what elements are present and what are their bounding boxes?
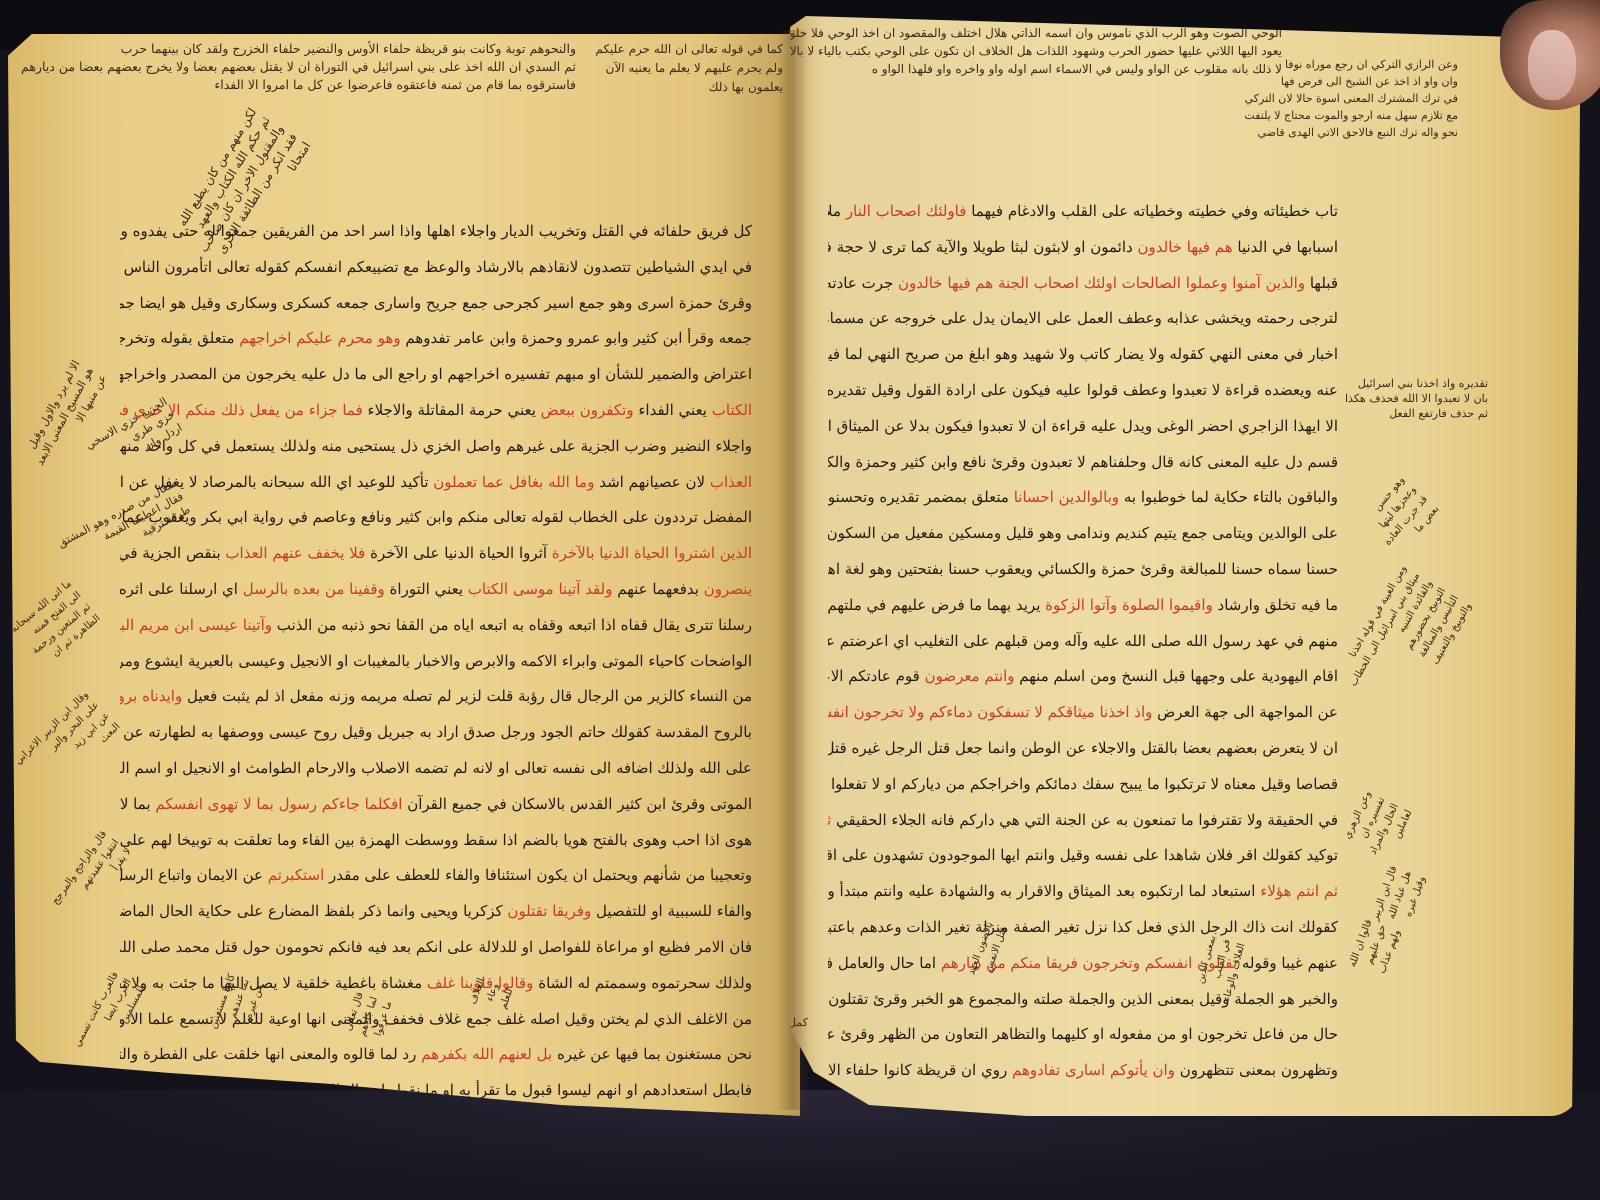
text-run: منهم في عهد رسول الله صلى الله عليه وآله… (828, 632, 1338, 650)
right-main-text: تاب خطيئاته وفي خطيته وخطياته على القلب … (828, 194, 1338, 1089)
text-line: فان الامر فظيع او مراعاة للفواصل او للدل… (120, 930, 752, 966)
text-line: رسلنا تترى يقال قفاه اذا اتبعه وقفاه به … (120, 608, 752, 644)
text-line: عن المواجهة الى جهة العرض واذ اخذنا ميثا… (828, 695, 1338, 731)
text-run: استبعاد لما ارتكبوه بعد الميثاق والاقرار… (828, 882, 1260, 900)
text-line: ولذلك سحرتموه وسممتم له الشاة وقالوا قلو… (120, 966, 752, 1002)
text-line: قسم دل عليه المعنى كانه قال وحلفناهم لا … (828, 445, 1338, 481)
text-run: بدفعهما عنهم (612, 580, 703, 598)
text-run: عن المواجهة الى جهة العرض (1152, 703, 1338, 721)
text-run: قوم عادتكم الاعراض عن الوفاء والطاعة واص… (828, 667, 925, 685)
text-line: نحن مستغنون بما فيها عن غيره بل لعنهم ال… (120, 1037, 752, 1073)
text-line: اخبار في معنى النهي كقوله ولا يضار كاتب … (828, 337, 1338, 373)
text-run: قسم دل عليه المعنى كانه قال وحلفناهم لا … (828, 453, 1338, 471)
left-top-gloss: والنحوهم توبة وكانت بنو قريظة حلفاء الأو… (16, 40, 576, 94)
rubric-phrase: الذين اشتروا الحياة الدنيا بالآخرة (552, 544, 752, 562)
rubric-phrase: وهو محرم عليكم اخراجهم (239, 329, 400, 347)
text-line: بالروح المقدسة كقولك حاتم الجود ورجل صدق… (120, 715, 752, 751)
right-top-right-gloss: وعن الرازي التركي ان رجع موراه نوفاوان و… (1278, 56, 1458, 141)
right-page: الوحي الصوت وهو الرب الذي ناموس وان اسمه… (790, 16, 1580, 1116)
text-run: مغشاة باغطية خلقية لا يصل اليها ما جئت ب… (120, 974, 427, 992)
rubric-phrase: العذاب (710, 473, 752, 491)
text-line: حسنا سماه حسنا للمبالغة وقرئ حمزة والكسا… (828, 552, 1338, 588)
text-run: رد لما قالوه والمعنى انها خلقت على الفطر… (120, 1045, 421, 1063)
text-run: على الله ولذلك اضافه الى نفسه تعالى او ل… (120, 759, 752, 777)
text-line: عنهم غيبا وقوله تقتلون انفسكم وتخرجون فر… (828, 946, 1338, 982)
rubric-phrase: وما الله بغافل عما تعملون (433, 473, 594, 491)
text-run: وتظهرون بمعنى تتظهرون (1175, 1061, 1338, 1079)
text-line: ينصرون بدفعهما عنهم ولقد آتينا موسى الكت… (120, 572, 752, 608)
text-run: لان عصيانهم اشد (594, 473, 709, 491)
gloss-line: وعن الرازي التركي ان رجع موراه نوفا (1278, 56, 1458, 73)
rubric-phrase: هم فيها خالدون (1137, 238, 1232, 256)
rubric-phrase: وفريقا تقتلون (507, 902, 591, 920)
text-line: جمعه وقرأ ابن كثير وابو عمرو وحمزة وابن … (120, 321, 752, 357)
text-run: عنهم غيبا وقوله (1237, 954, 1338, 972)
text-run: فان الامر فظيع او مراعاة للفواصل او للدل… (120, 938, 752, 956)
thumbnail (1528, 30, 1576, 100)
left-top-right-gloss: كما في قوله تعالى ان الله حرم عليكمولم ي… (593, 40, 783, 97)
text-line: ما فيه تخلق وارشاد واقيموا الصلوة وآتوا … (828, 588, 1338, 624)
text-run: كقولك انت ذاك الرجل الذي فعل كذا نزل تغي… (828, 918, 1338, 936)
text-line: والفاء للسببية او للتفصيل وفريقا تقتلون … (120, 894, 752, 930)
gloss-line: تقديره واذ اخذنا بني اسرائيل (1345, 376, 1488, 391)
text-run: اعتراض والضمير للشأن او مبهم تفسيره اخرا… (120, 365, 752, 383)
text-run: بنقص الجزية في الدنيا والتعذيب في الآخرة (120, 544, 225, 562)
text-line: كقولك انت ذاك الرجل الذي فعل كذا نزل تغي… (828, 910, 1338, 946)
book-gutter (778, 30, 808, 1110)
text-run: توكيد كقولك اقر فلان شاهدا على نفسه وقيل… (828, 846, 1338, 864)
rubric-phrase: فاولئك اصحاب النار (846, 202, 967, 220)
text-line: والباقون بالتاء حكاية لما خوطبوا به وبال… (828, 480, 1338, 516)
text-line: الموتى وقرئ ابن كثير القدس بالاسكان في ج… (120, 787, 752, 823)
text-run: اما حال والعامل فيها معنى الاشارة او بيا… (828, 954, 941, 972)
rubric-phrase: استكبرتم (268, 866, 325, 884)
gloss-line: في ترك المشترك المعنى اسوة حالا لان التر… (1278, 90, 1458, 107)
text-line: كل فريق حلفائه في القتل وتخريب الديار وا… (120, 214, 752, 250)
text-line: اعتراض والضمير للشأن او مبهم تفسيره اخرا… (120, 357, 752, 393)
text-run: حال من فاعل تخرجون او من مفعوله او كليهم… (828, 1025, 1338, 1043)
text-run: يعني التوراة (385, 580, 468, 598)
gloss-line: كما في قوله تعالى ان الله حرم عليكم (593, 40, 783, 59)
text-run: وتعجيبا من شأنهم ويحتمل ان يكون استئنافا… (324, 866, 752, 884)
gloss-line: وان واو اذ اخذ عن الشيخ الى فرض فها (1278, 73, 1458, 90)
rubric-phrase: بل لعنهم الله بكفرهم (421, 1045, 552, 1063)
text-run: ان لا يتعرض بعضهم بعضا بالقتل والاجلاء ع… (828, 739, 1338, 757)
text-line: هوى اذا احب وهوى بالفتح هويا بالضم اذا س… (120, 823, 752, 859)
text-run: روي ان قريظة كانوا حلفاء الاوس والنضير ح… (828, 1061, 1012, 1079)
rubric-phrase: ثم انتم هؤلاء (1260, 882, 1338, 900)
text-line: اسبابها في الدنيا هم فيها خالدون دائمون … (828, 230, 1338, 266)
text-line: توكيد كقولك اقر فلان شاهدا على نفسه وقيل… (828, 838, 1338, 874)
text-run: لترجى رحمته ويخشى عذابه وعطف العمل على ا… (828, 309, 1338, 327)
text-run: نحن مستغنون بما فيها عن غيره (552, 1045, 752, 1063)
text-run: بالروح المقدسة كقولك حاتم الجود ورجل صدق… (120, 723, 752, 741)
text-run: اخبار في معنى النهي كقوله ولا يضار كاتب … (828, 345, 1338, 363)
margin-gloss-block: وعن الزهريتفسيره انالحال والمرادلعاملين (1339, 788, 1417, 863)
rubric-phrase: وايدناه بروح القدس (120, 687, 182, 705)
rubric-phrase: وتكفرون ببعض (541, 401, 634, 419)
text-run: عنه ويعضده قراءة لا تعبدوا وعطف قولوا عل… (828, 381, 1338, 399)
text-run: جمعه وقرأ ابن كثير وابو عمرو وحمزة وابن … (401, 329, 752, 347)
text-line: الذين اشتروا الحياة الدنيا بالآخرة آثروا… (120, 536, 752, 572)
left-page: والنحوهم توبة وكانت بنو قريظة حلفاء الأو… (8, 34, 800, 1116)
rubric-phrase: ولقد آتينا موسى الكتاب (468, 580, 613, 598)
text-line: واجلاء النضير وضرب الجزية على غيرهم واصل… (120, 429, 752, 465)
text-run: كل فريق حلفائه في القتل وتخريب الديار وا… (120, 222, 752, 240)
text-line: المفضل ترددون على الخطاب لقوله تعالى منك… (120, 500, 752, 536)
text-line: في الحقيقة ولا تقترفوا ما تمنعون به عن ا… (828, 803, 1338, 839)
text-run: والفاء للسببية او للتفصيل (591, 902, 752, 920)
gloss-line: فاسترقوه بما قام من ثمنه فاعتقوه فاعرضوا… (16, 76, 576, 94)
gloss-line: ولم يحرم عليهم لا يعلم ما يعنيه الآن (593, 59, 783, 78)
text-run: هوى اذا احب وهوى بالفتح هويا بالضم اذا س… (120, 831, 752, 849)
text-run: اسبابها في الدنيا (1233, 238, 1338, 256)
text-run: الموتى وقرئ ابن كثير القدس بالاسكان في ج… (402, 795, 752, 813)
text-line: وتعجيبا من شأنهم ويحتمل ان يكون استئنافا… (120, 858, 752, 894)
text-run: وقرئ حمزة اسرى وهو جمع اسير كجرحى جمع جر… (120, 294, 752, 312)
text-line: ثم انتم هؤلاء استبعاد لما ارتكبوه بعد ال… (828, 874, 1338, 910)
gloss-line: نحو واله ترك النبع فالاحق الاتي الهدى قا… (1278, 124, 1458, 141)
text-run: ولذلك سحرتموه وسممتم له الشاة (533, 974, 752, 992)
text-line: على الوالدين ويتامى جمع يتيم كنديم وندام… (828, 516, 1338, 552)
text-run: يريد بهما ما فرض عليهم في ملتهم (828, 596, 1045, 614)
text-run: في ايدي الشياطين تتصدون لانقاذهم بالارشا… (120, 258, 752, 276)
gloss-line: مع تلازم سهل منه ارجو والموت محتاج لا يل… (1278, 107, 1458, 124)
text-run: كزكريا ويحيى وانما ذكر بلفظ المضارع على … (120, 902, 507, 920)
text-run: عن الايمان واتباع الرسل (120, 866, 268, 884)
text-line: حال من فاعل تخرجون او من مفعوله او كليهم… (828, 1017, 1338, 1053)
text-run: بما لا تحبه يقال هوي بالكسر (120, 795, 155, 813)
rubric-phrase: وآتينا عيسى ابن مريم البينات (120, 616, 272, 634)
rubric-phrase: وانتم معرضون (925, 667, 1015, 685)
text-line: عنه ويعضده قراءة لا تعبدوا وعطف قولوا عل… (828, 373, 1338, 409)
text-run: قبلها (1305, 274, 1338, 292)
text-run: اقام اليهودية على وجهها قبل النسخ ومن اس… (1015, 667, 1339, 685)
text-run: آثروا الحياة الدنيا على الآخرة (365, 544, 551, 562)
text-line: والخبر هو الجملة وقيل بمعنى الذين والجمل… (828, 982, 1338, 1018)
text-line: ان لا يتعرض بعضهم بعضا بالقتل والاجلاء ع… (828, 731, 1338, 767)
margin-gloss-block: وهو حسنوعجزها ليتهاقد جرت العادةبعض ما (1358, 473, 1443, 558)
text-line: من النساء كالزير من الرجال قال رؤبة قلت … (120, 679, 752, 715)
text-run: قصاصا وقيل معناه لا ترتكبوا ما يبيح سفك … (828, 775, 1338, 793)
text-run: في الحقيقة ولا تقترفوا ما تمنعون به عن ا… (831, 811, 1338, 829)
text-line: وتظهرون بمعنى تتظهرون وان يأتوكم اسارى ت… (828, 1053, 1338, 1089)
text-run: اي ارسلنا على اثره الرسل كقوله تعالى ثم … (120, 580, 243, 598)
text-run: يعني حرمة المقاتلة والاجلاء (363, 401, 541, 419)
text-run: تاب خطيئاته وفي خطيته وخطياته على القلب … (966, 202, 1338, 220)
text-run: المفضل ترددون على الخطاب لقوله تعالى منك… (120, 508, 752, 526)
gloss-line: والنحوهم توبة وكانت بنو قريظة حلفاء الأو… (16, 40, 576, 58)
rubric-phrase: واذ اخذنا ميثاقكم لا تسفكون دماءكم ولا ت… (828, 703, 1152, 721)
rubric-phrase: وبالوالدين احسانا (1014, 488, 1119, 506)
text-run: على الوالدين ويتامى جمع يتيم كنديم وندام… (828, 524, 1338, 542)
gloss-line: بان لا تعبدوا الا الله فحذف هكذا (1345, 391, 1488, 406)
gloss-line: يعلمون بها ذلك (593, 78, 783, 97)
text-run: متعلق بمضمر تقديره وتحسنون او احسنوا (828, 488, 1014, 506)
text-run: من النساء كالزير من الرجال قال رؤبة قلت … (182, 687, 752, 705)
rubric-phrase: وان يأتوكم اسارى تفادوهم (1012, 1061, 1175, 1079)
gloss-line: ثم حذف فارتفع الفعل (1345, 406, 1488, 421)
margin-gloss-block: تقديره واذ اخذنا بني اسرائيلبان لا تعبدو… (1345, 376, 1488, 421)
text-run: يعني الفداء (634, 401, 712, 419)
text-line: لترجى رحمته ويخشى عذابه وعطف العمل على ا… (828, 301, 1338, 337)
text-run: ملازموها في الآخرة كانهم ملازمون (828, 202, 846, 220)
rubric-phrase: افكلما جاءكم رسول بما لا تهوى انفسكم (155, 795, 402, 813)
text-line: العذاب لان عصيانهم اشد وما الله بغافل عم… (120, 465, 752, 501)
text-run: والباقون بالتاء حكاية لما خوطبوا به (1119, 488, 1338, 506)
margin-gloss-block: ومن الغيبة في قوله اخذناميثاق بني اسرائي… (1333, 563, 1475, 720)
text-run: الا ايهذا الزاجري احضر الوغى ويدل عليه ق… (828, 417, 1338, 435)
rubric-phrase: فلا يخفف عنهم العذاب (225, 544, 365, 562)
rubric-phrase: واقيموا الصلوة وآتوا الزكوة (1045, 596, 1213, 614)
text-run: ما فيه تخلق وارشاد (1213, 596, 1338, 614)
rubric-phrase: ينصرون (704, 580, 752, 598)
text-line: تاب خطيئاته وفي خطيته وخطياته على القلب … (828, 194, 1338, 230)
margin-gloss-block: ما اتى الله سبحانهالى الفتح فمنهثم المتع… (8, 577, 104, 671)
text-line: الكتاب يعني الفداء وتكفرون ببعض يعني حرم… (120, 393, 752, 429)
rubric-phrase: والذين آمنوا وعملوا الصالحات اولئك اصحاب… (898, 274, 1305, 292)
text-line: اقام اليهودية على وجهها قبل النسخ ومن اس… (828, 659, 1338, 695)
text-run: متعلق بقوله وتخرجون فريقا منكم من ديارهم… (120, 329, 239, 347)
text-line: قبلها والذين آمنوا وعملوا الصالحات اولئك… (828, 266, 1338, 302)
gloss-line: ثم السدي ان الله اخذ على بني اسرائيل في … (16, 58, 576, 76)
rubric-phrase: الكتاب (712, 401, 752, 419)
text-line: قصاصا وقيل معناه لا ترتكبوا ما يبيح سفك … (828, 767, 1338, 803)
gloss-line: يعود اليها اللاتي عليها حضور الحرب وشهود… (812, 42, 1282, 60)
text-run: واجلاء النضير وضرب الجزية على غيرهم واصل… (120, 437, 752, 455)
text-run: جرت عادته سبحانه وتعالى على ان يشفع وعده… (828, 274, 898, 292)
text-line: وقرئ حمزة اسرى وهو جمع اسير كجرحى جمع جر… (120, 286, 752, 322)
text-run: دائمون او لابثون لبثا طويلا والآية كما ت… (828, 238, 1137, 256)
text-run: الواضحات كاحياء الموتى وابراء الاكمه وال… (120, 652, 752, 670)
text-line: في ايدي الشياطين تتصدون لانقاذهم بالارشا… (120, 250, 752, 286)
right-top-gloss: الوحي الصوت وهو الرب الذي ناموس وان اسمه… (812, 24, 1282, 78)
text-run: رسلنا تترى يقال قفاه اذا اتبعه وقفاه به … (272, 616, 752, 634)
text-run: والخبر هو الجملة وقيل بمعنى الذين والجمل… (828, 990, 1338, 1008)
text-line: منهم في عهد رسول الله صلى الله عليه وآله… (828, 624, 1338, 660)
left-main-text: كل فريق حلفائه في القتل وتخريب الديار وا… (120, 214, 752, 1109)
text-run: حسنا سماه حسنا للمبالغة وقرئ حمزة والكسا… (828, 560, 1338, 578)
text-line: الواضحات كاحياء الموتى وابراء الاكمه وال… (120, 644, 752, 680)
rubric-phrase: وقفينا من بعده بالرسل (243, 580, 385, 598)
gloss-line: لا ذلك بانه مقلوب عن الواو وليس في الاسم… (812, 60, 1282, 78)
margin-gloss-block: وقال ابن الزبير الاعرابيعلى البحر والبرع… (11, 688, 124, 801)
text-line: على الله ولذلك اضافه الى نفسه تعالى او ل… (120, 751, 752, 787)
text-line: الا ايهذا الزاجري احضر الوغى ويدل عليه ق… (828, 409, 1338, 445)
